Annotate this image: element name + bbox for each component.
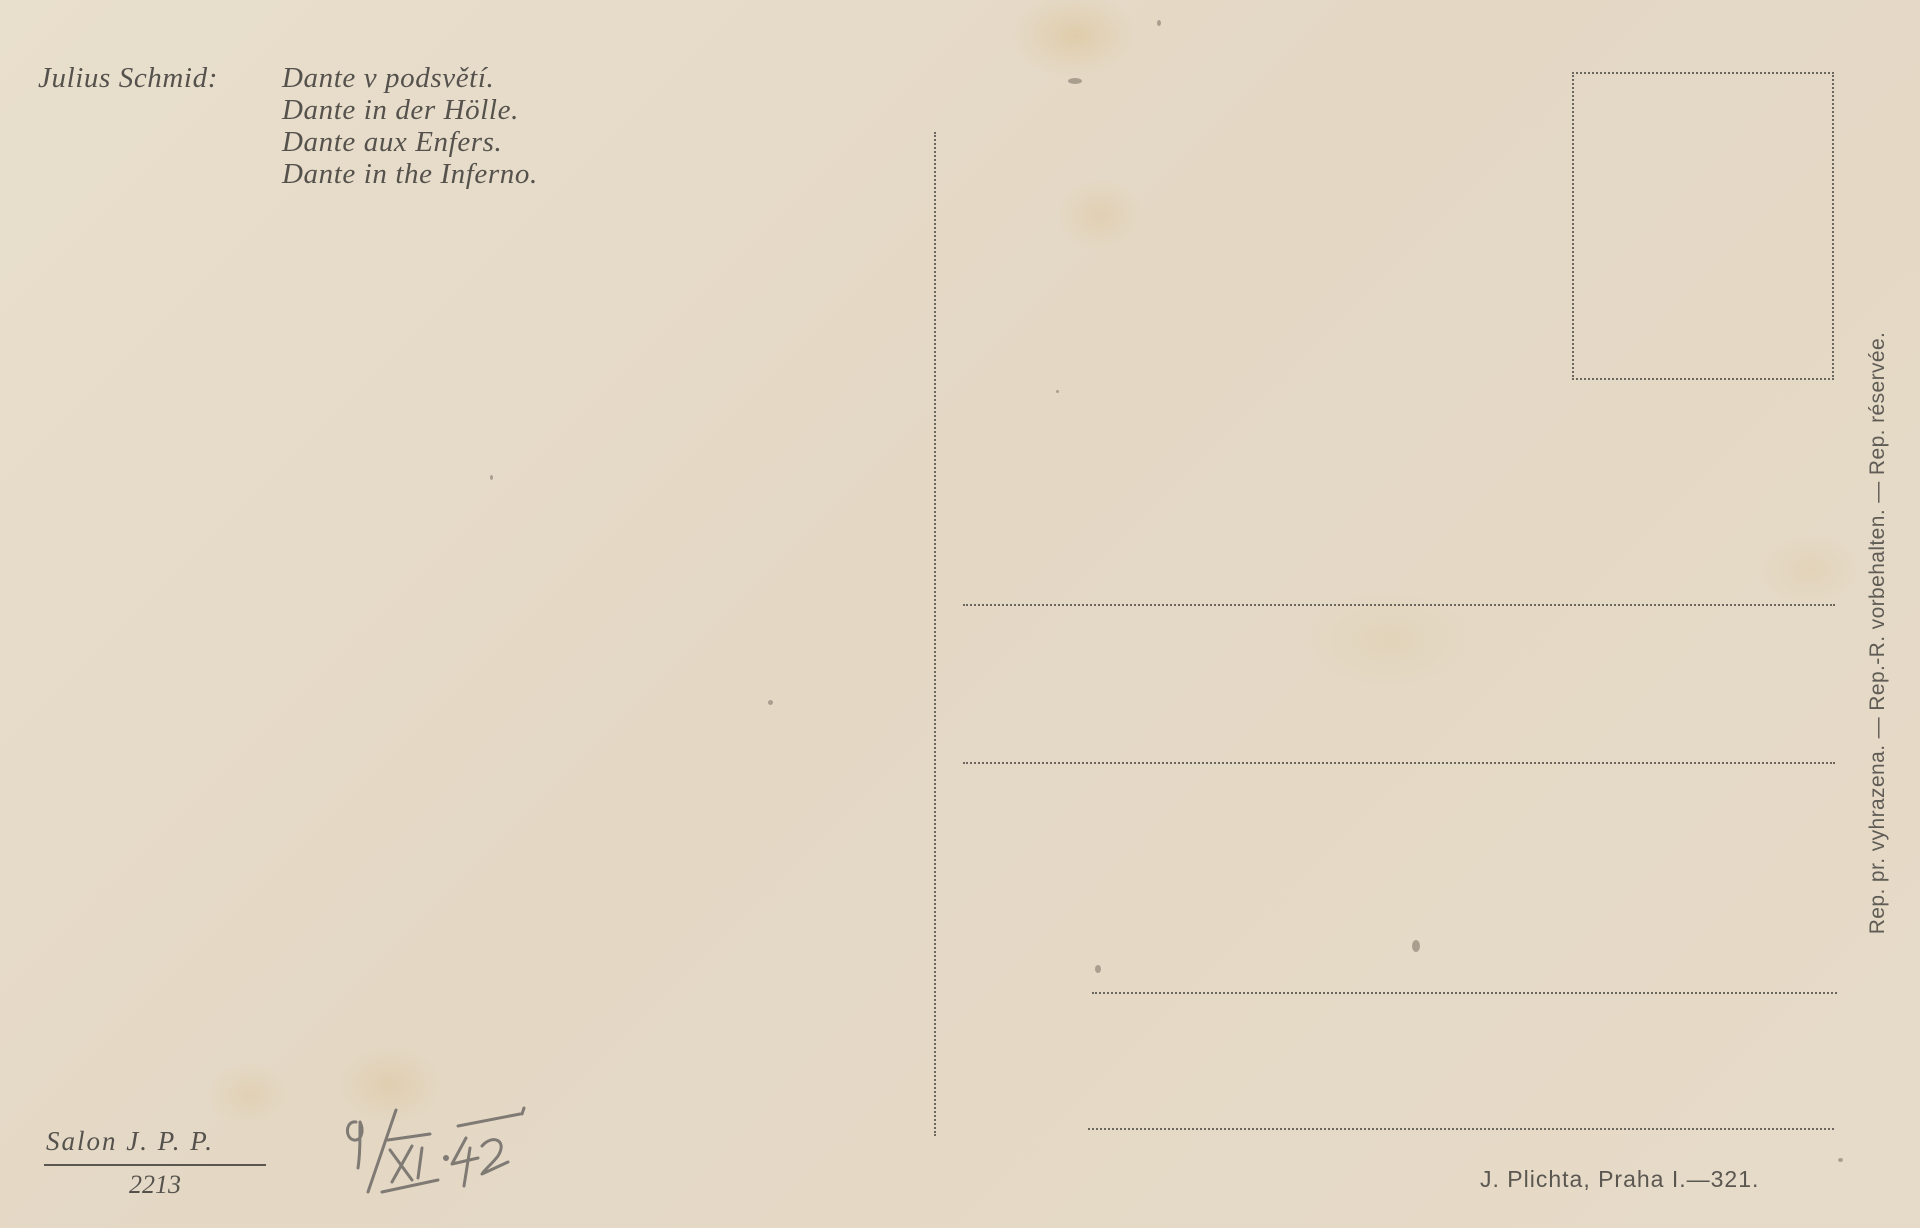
artwork-titles: Dante v podsvětí. Dante in der Hölle. Da… — [282, 62, 538, 190]
paper-speck — [768, 700, 773, 705]
handwritten-date-note: 9/XI 42 — [338, 1100, 528, 1200]
paper-speck — [1838, 1158, 1843, 1162]
publisher-mark: Salon J. P. P. 2213 — [44, 1122, 266, 1202]
artwork-caption: Julius Schmid: Dante v podsvětí. Dante i… — [38, 62, 538, 190]
rights-notice: Rep. pr. vyhrazena. — Rep.-R. vorbehalte… — [1866, 332, 1890, 935]
address-line-3 — [1092, 992, 1837, 994]
message-address-divider — [934, 132, 936, 1136]
address-line-1 — [963, 604, 1835, 606]
paper-speck — [1056, 390, 1059, 393]
paper-speck — [1157, 20, 1161, 26]
paper-speck — [490, 475, 493, 480]
paper-speck — [1095, 965, 1101, 973]
address-line-2 — [963, 762, 1835, 764]
title-french: Dante aux Enfers. — [282, 126, 538, 158]
title-english: Dante in the Inferno. — [282, 158, 538, 190]
paper-speck — [1068, 78, 1082, 84]
publisher-number: 2213 — [44, 1168, 266, 1202]
address-line-4 — [1088, 1128, 1834, 1130]
title-german: Dante in der Hölle. — [282, 94, 538, 126]
paper-speck — [1412, 940, 1420, 952]
printer-credit: J. Plichta, Praha I.—321. — [1480, 1166, 1759, 1193]
pencil-date-9-xi-42-icon — [338, 1100, 528, 1200]
stamp-box — [1572, 72, 1834, 380]
title-czech: Dante v podsvětí. — [282, 62, 538, 94]
artist-name: Julius Schmid: — [38, 62, 282, 190]
publisher-name: Salon J. P. P. — [44, 1122, 266, 1166]
